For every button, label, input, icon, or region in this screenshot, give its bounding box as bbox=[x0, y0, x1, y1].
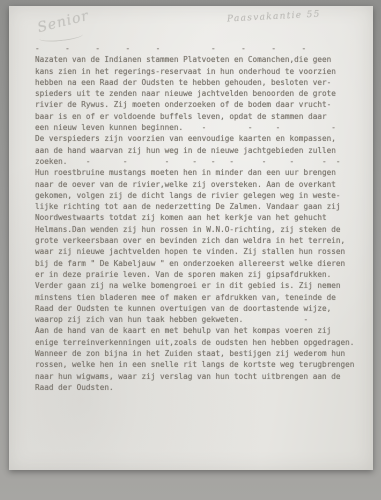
paragraph-route-description: Hun roestbruine mustangs moeten hen in m… bbox=[35, 167, 365, 325]
typed-text-block: - - - - - - - - - Nazaten van de Indiane… bbox=[35, 43, 365, 393]
paragraph-intro-tribes: Nazaten van de Indianen stammen Platvoet… bbox=[35, 54, 365, 133]
paragraph-return-report: Aan de hand van de kaart en met behulp v… bbox=[35, 325, 365, 393]
handwritten-annotation-right: Paasvakantie 55 bbox=[227, 10, 321, 25]
paper-sheet: Senior Paasvakantie 55 - - - - - - - - -… bbox=[9, 6, 373, 470]
typed-divider-line: - - - - - - - - - bbox=[35, 43, 365, 54]
paragraph-maps-compasses: De verspieders zijn voorzien van eenvoud… bbox=[35, 133, 365, 167]
scan-background: Senior Paasvakantie 55 - - - - - - - - -… bbox=[0, 0, 381, 500]
